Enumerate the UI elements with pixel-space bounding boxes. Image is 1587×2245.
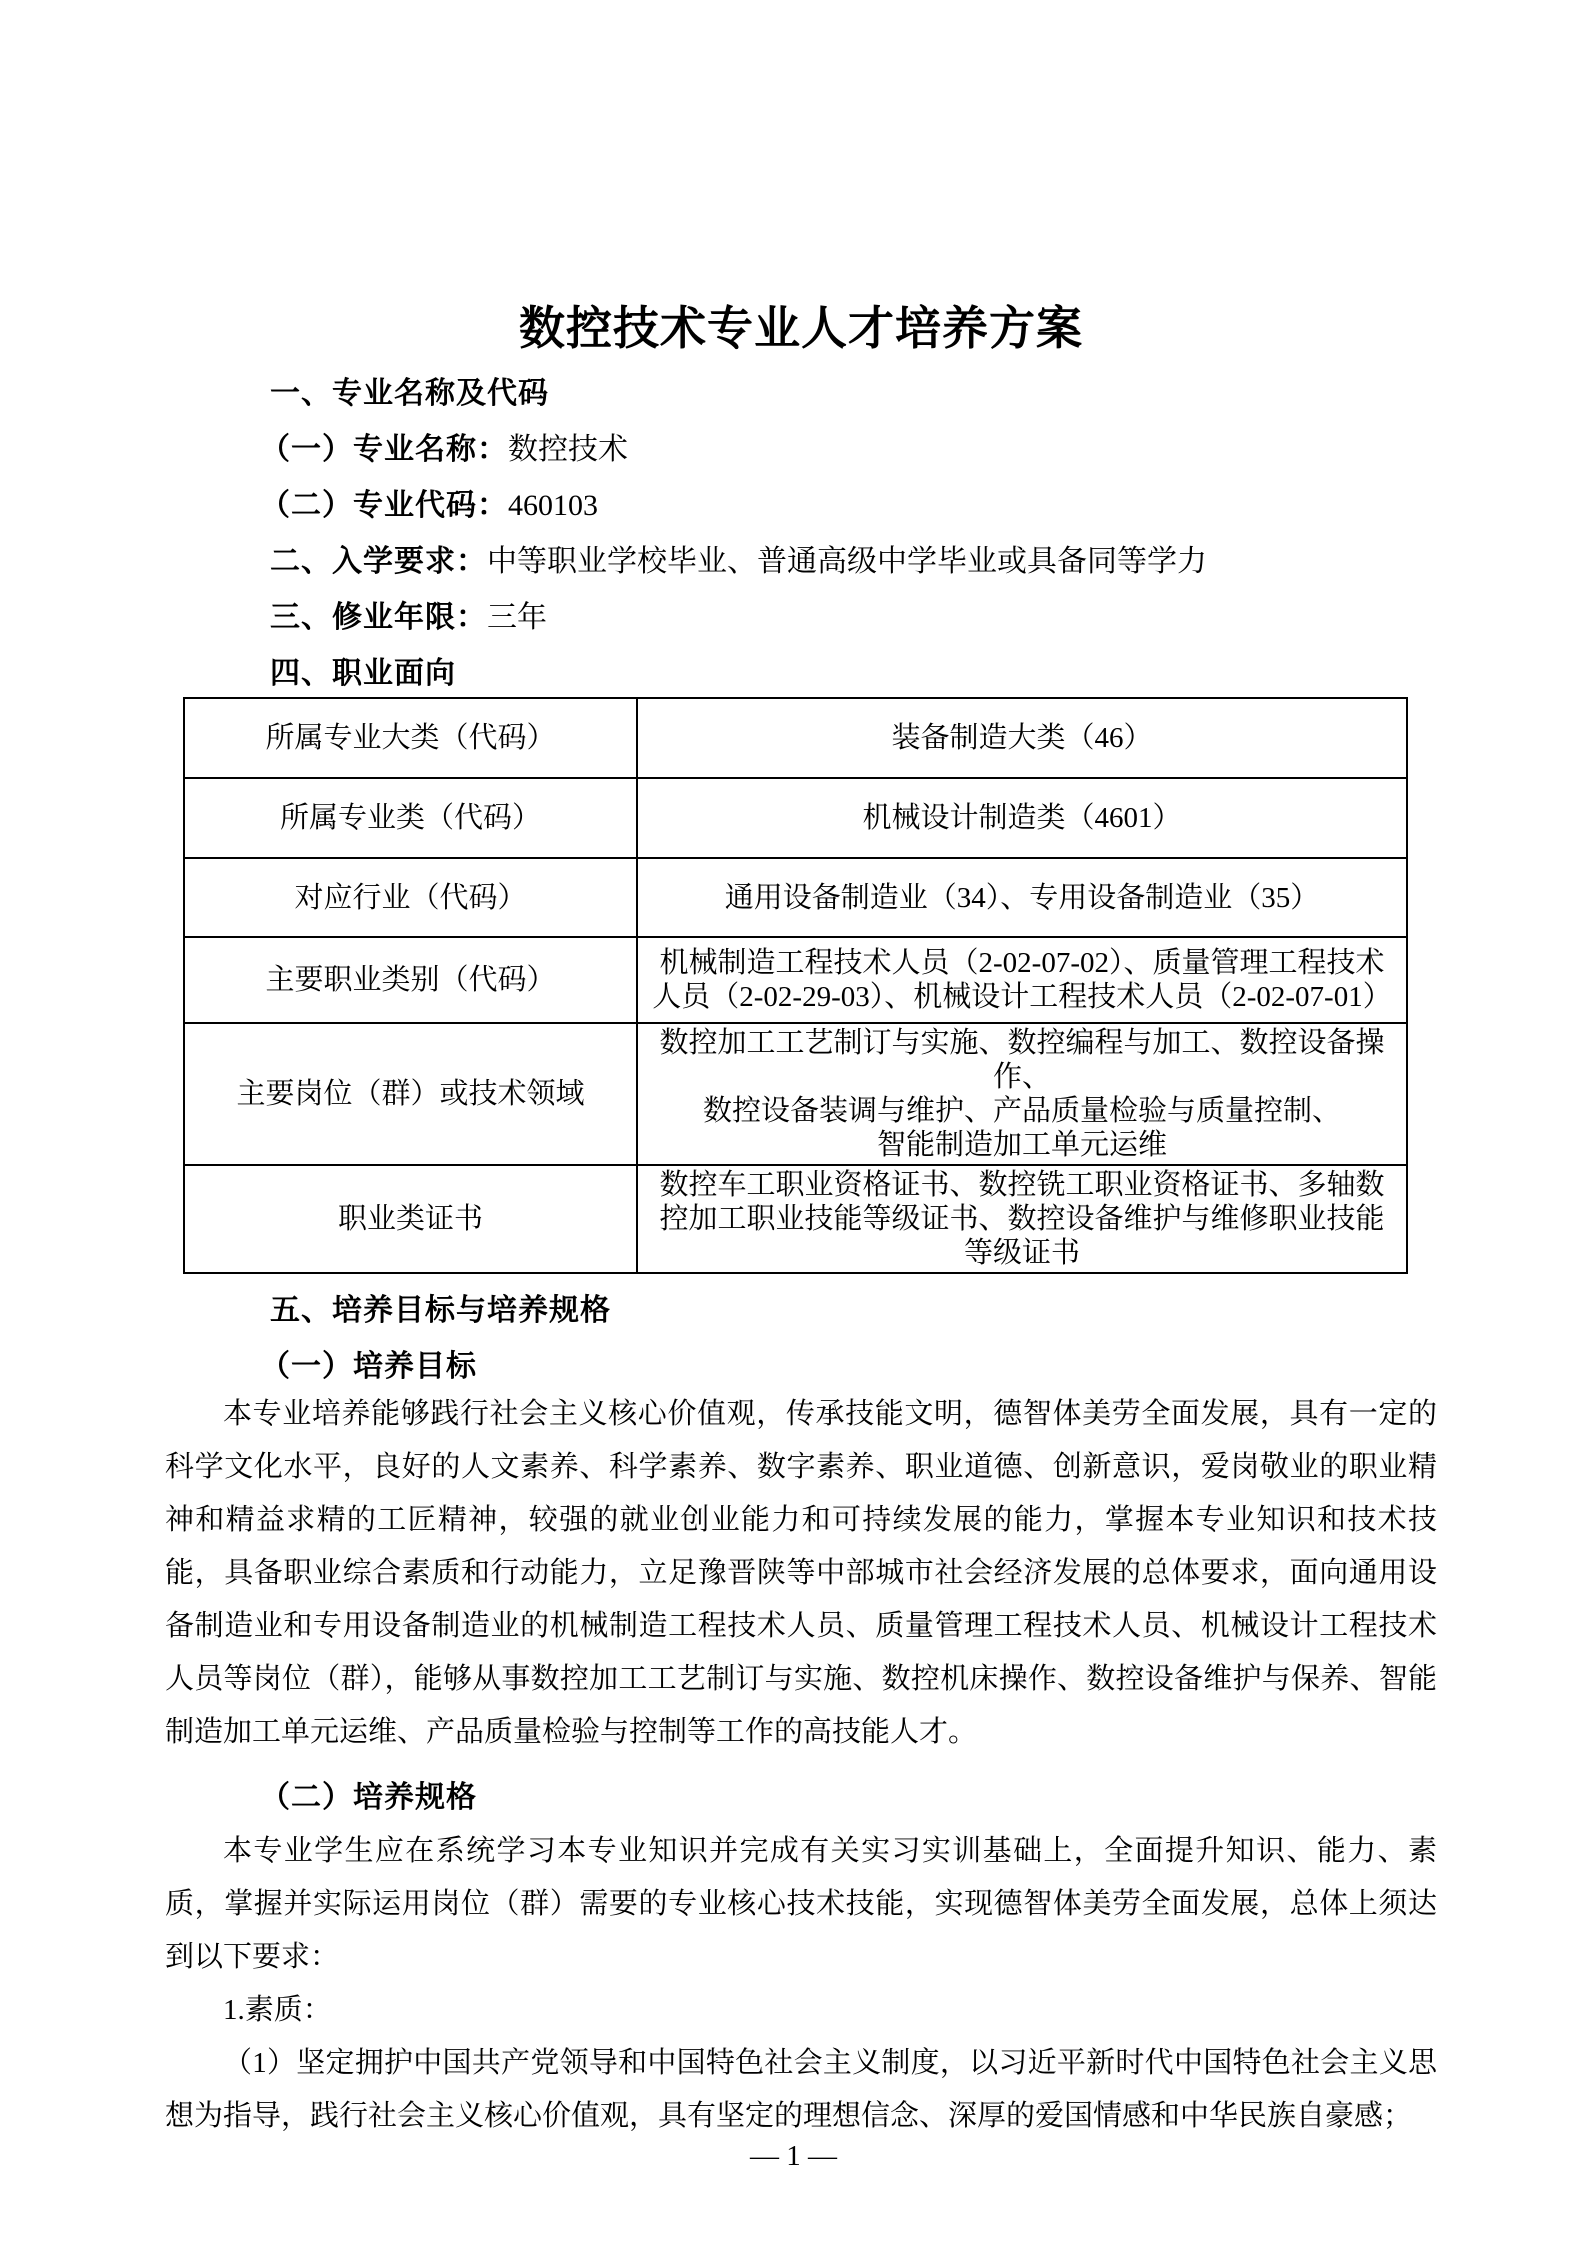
document-page: 数控技术专业人才培养方案 一、专业名称及代码 （一）专业名称：数控技术 （二）专… bbox=[0, 0, 1587, 2245]
section-heading-2: 二、入学要求：中等职业学校毕业、普通高级中学毕业或具备同等学力 bbox=[165, 545, 1437, 579]
table-row: 所属专业大类（代码） 装备制造大类（46） bbox=[184, 698, 1407, 778]
table-row: 主要岗位（群）或技术领域 数控加工工艺制订与实施、数控编程与加工、数控设备操作、… bbox=[184, 1023, 1407, 1165]
section-1-2: （二）专业代码：460103 bbox=[165, 489, 1437, 523]
page-title: 数控技术专业人才培养方案 bbox=[165, 303, 1437, 355]
row-label: 主要职业类别（代码） bbox=[184, 937, 637, 1023]
row-value: 数控加工工艺制订与实施、数控编程与加工、数控设备操作、 数控设备装调与维护、产品… bbox=[637, 1023, 1407, 1165]
admission-label: 二、入学要求： bbox=[270, 545, 487, 578]
career-orientation-label: 四、职业面向 bbox=[270, 657, 456, 690]
row-value: 机械设计制造类（4601） bbox=[637, 778, 1407, 858]
major-code-value: 460103 bbox=[508, 489, 598, 522]
row-label: 所属专业类（代码） bbox=[184, 778, 637, 858]
row-label: 主要岗位（群）或技术领域 bbox=[184, 1023, 637, 1165]
row-label: 职业类证书 bbox=[184, 1165, 637, 1273]
career-table: 所属专业大类（代码） 装备制造大类（46） 所属专业类（代码） 机械设计制造类（… bbox=[183, 697, 1408, 1274]
row-value: 通用设备制造业（34）、专用设备制造业（35） bbox=[637, 858, 1407, 937]
row-value: 装备制造大类（46） bbox=[637, 698, 1407, 778]
table-row: 所属专业类（代码） 机械设计制造类（4601） bbox=[184, 778, 1407, 858]
row-label: 对应行业（代码） bbox=[184, 858, 637, 937]
quality-item-1: （1）坚定拥护中国共产党领导和中国特色社会主义制度，以习近平新时代中国特色社会主… bbox=[165, 2037, 1437, 2143]
admission-value: 中等职业学校毕业、普通高级中学毕业或具备同等学力 bbox=[487, 545, 1207, 578]
table-row: 职业类证书 数控车工职业资格证书、数控铣工职业资格证书、多轴数控加工职业技能等级… bbox=[184, 1165, 1407, 1273]
table-row: 主要职业类别（代码） 机械制造工程技术人员（2-02-07-02）、质量管理工程… bbox=[184, 937, 1407, 1023]
section-1-label: 一、专业名称及代码 bbox=[270, 377, 549, 410]
subsection-training-goal-heading: （一）培养目标 bbox=[165, 1350, 1437, 1384]
section-heading-1: 一、专业名称及代码 bbox=[165, 377, 1437, 411]
paragraph-spec-intro: 本专业学生应在系统学习本专业知识并完成有关实习实训基础上，全面提升知识、能力、素… bbox=[165, 1825, 1437, 1984]
footer-page-number: — 1 — bbox=[0, 2140, 1587, 2173]
table-row: 对应行业（代码） 通用设备制造业（34）、专用设备制造业（35） bbox=[184, 858, 1407, 937]
major-name-label: （一）专业名称： bbox=[260, 433, 508, 466]
row-value: 机械制造工程技术人员（2-02-07-02）、质量管理工程技术人员（2-02-2… bbox=[637, 937, 1407, 1023]
section-heading-3: 三、修业年限：三年 bbox=[165, 601, 1437, 635]
row-value: 数控车工职业资格证书、数控铣工职业资格证书、多轴数控加工职业技能等级证书、数控设… bbox=[637, 1165, 1407, 1273]
major-code-label: （二）专业代码： bbox=[260, 489, 508, 522]
duration-label: 三、修业年限： bbox=[270, 601, 487, 634]
section-heading-5: 五、培养目标与培养规格 bbox=[165, 1294, 1437, 1328]
paragraph-training-goal: 本专业培养能够践行社会主义核心价值观，传承技能文明，德智体美劳全面发展，具有一定… bbox=[165, 1388, 1437, 1759]
row-label: 所属专业大类（代码） bbox=[184, 698, 637, 778]
section-heading-4: 四、职业面向 bbox=[165, 657, 1437, 691]
duration-value: 三年 bbox=[487, 601, 547, 634]
major-name-value: 数控技术 bbox=[508, 433, 628, 466]
subsection-training-spec-heading: （二）培养规格 bbox=[165, 1781, 1437, 1815]
section-1-1: （一）专业名称：数控技术 bbox=[165, 433, 1437, 467]
document-content: 数控技术专业人才培养方案 一、专业名称及代码 （一）专业名称：数控技术 （二）专… bbox=[165, 0, 1437, 2143]
quality-list-label: 1.素质： bbox=[165, 1984, 1437, 2037]
